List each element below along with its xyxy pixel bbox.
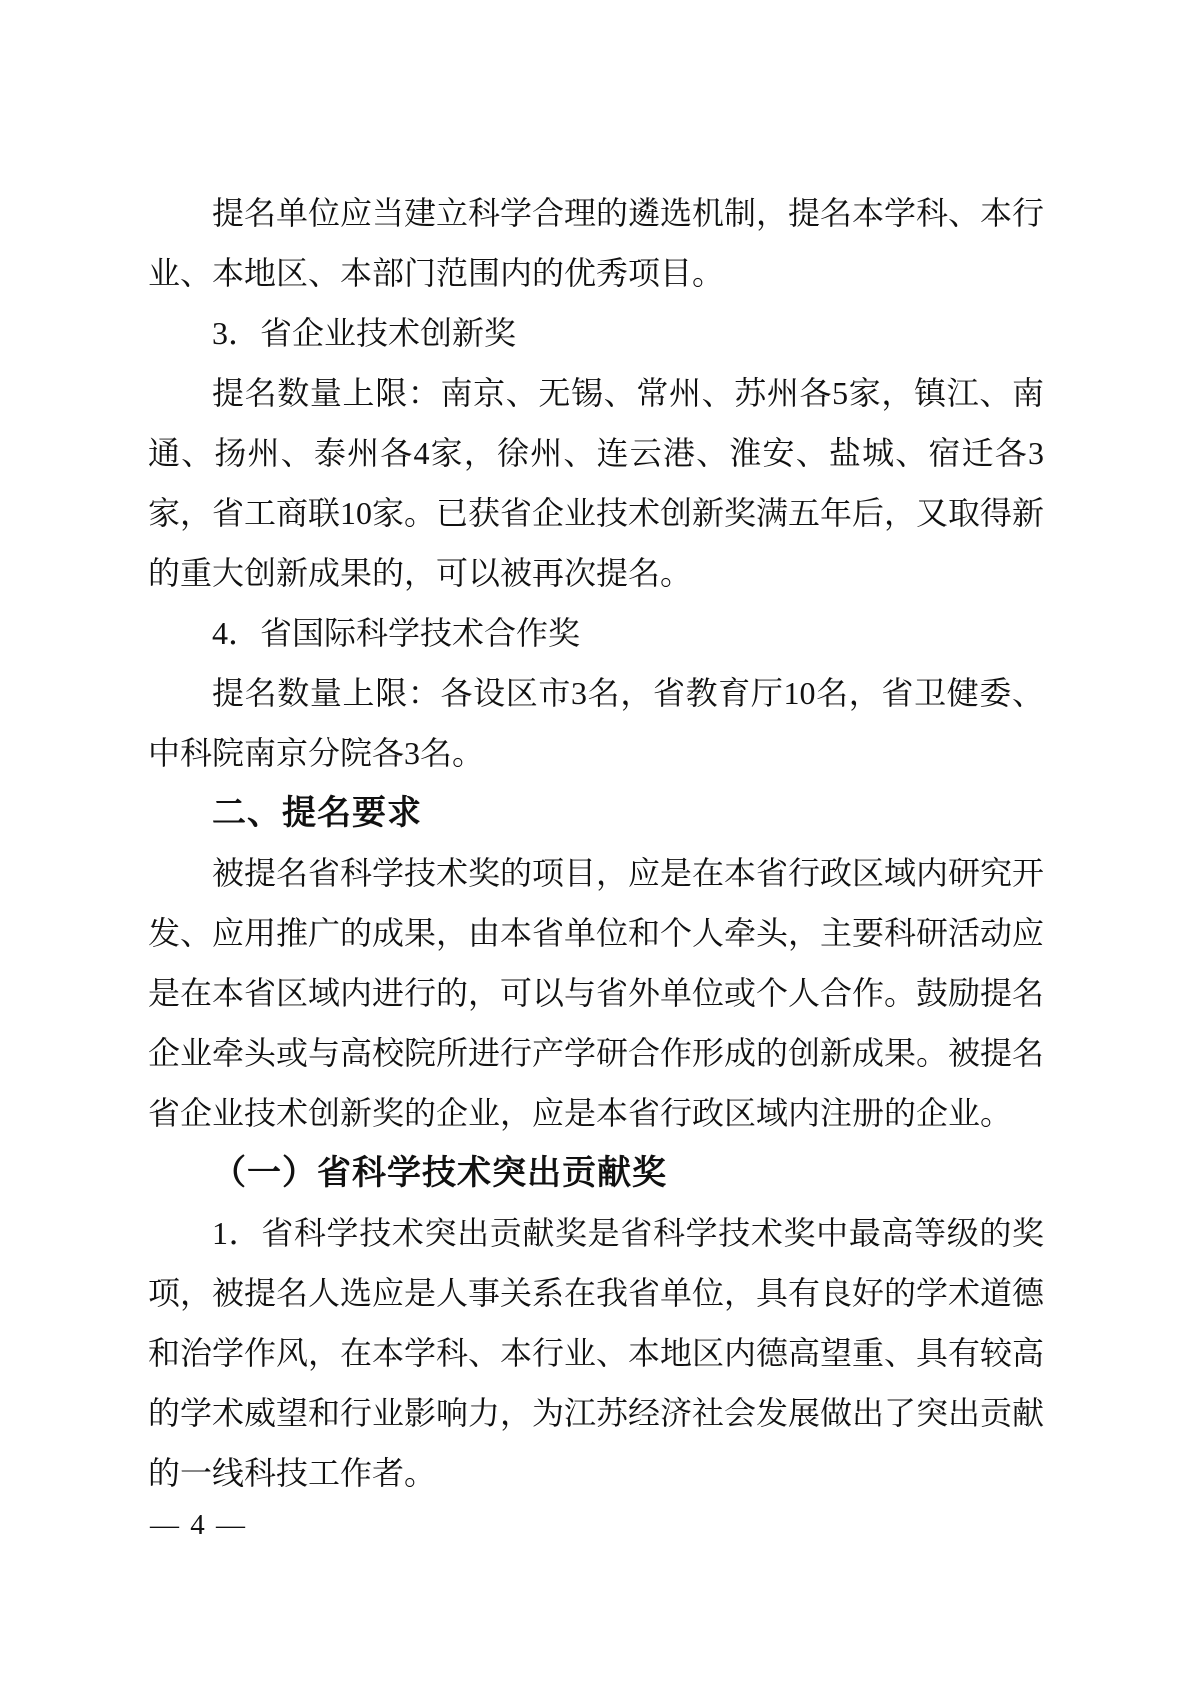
paragraph-nomination-quota-cities: 提名数量上限：南京、无锡、常州、苏州各5家，镇江、南通、扬州、泰州各4家，徐州、… <box>148 363 1044 603</box>
paragraph-nomination-mechanism: 提名单位应当建立科学合理的遴选机制，提名本学科、本行业、本地区、本部门范围内的优… <box>148 183 1044 303</box>
item-3-enterprise-tech-innovation-award: 3．省企业技术创新奖 <box>148 303 1044 363</box>
paragraph-nomination-requirements-detail: 被提名省科学技术奖的项目，应是在本省行政区域内研究开发、应用推广的成果，由本省单… <box>148 843 1044 1143</box>
document-body: 提名单位应当建立科学合理的遴选机制，提名本学科、本行业、本地区、本部门范围内的优… <box>148 183 1044 1503</box>
document-page: 提名单位应当建立科学合理的遴选机制，提名本学科、本行业、本地区、本部门范围内的优… <box>0 0 1199 1696</box>
item-4-international-sci-tech-cooperation-award: 4．省国际科学技术合作奖 <box>148 603 1044 663</box>
paragraph-outstanding-contribution-criteria: 1．省科学技术突出贡献奖是省科学技术奖中最高等级的奖项，被提名人选应是人事关系在… <box>148 1203 1044 1503</box>
page-number: — 4 — <box>150 1503 247 1547</box>
paragraph-nomination-quota-departments: 提名数量上限：各设区市3名，省教育厅10名，省卫健委、中科院南京分院各3名。 <box>148 663 1044 783</box>
heading-subsection-1-outstanding-contribution-award: （一）省科学技术突出贡献奖 <box>148 1143 1044 1203</box>
heading-section-2-nomination-requirements: 二、提名要求 <box>148 783 1044 843</box>
